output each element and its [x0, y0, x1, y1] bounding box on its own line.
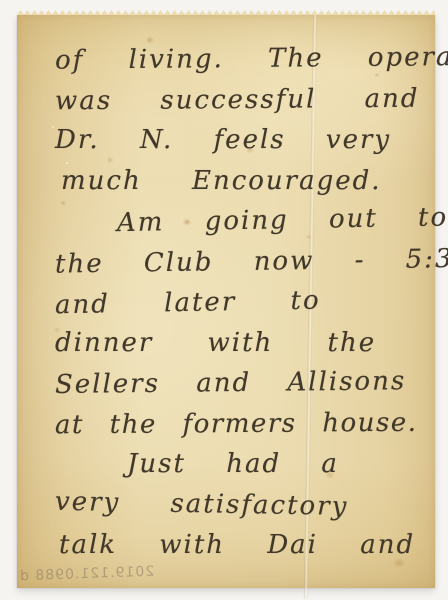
letter-line: much Encouraged.	[55, 161, 427, 202]
letter-line: Sellers and Allisons	[55, 361, 427, 405]
catalog-number: 2019.121.0988 d	[19, 564, 155, 585]
letter-line: talk with Dai and	[55, 525, 427, 566]
perforated-edge	[17, 10, 435, 15]
letter-line: dinner with the	[55, 323, 427, 364]
letter-line: Just had a	[55, 444, 427, 485]
letter-body: of living. The operationwas successful a…	[55, 39, 427, 566]
letter-line: at the formers house.	[55, 402, 427, 445]
scanned-letter-page: of living. The operationwas successful a…	[0, 0, 448, 600]
letter-line: very satisfactory	[55, 481, 428, 528]
letter-line: of living. The operation	[55, 37, 427, 81]
letter-line: the Club now - 5:30	[55, 239, 428, 285]
letter-line: Am going out to	[55, 198, 428, 245]
letter-line: and later to	[55, 279, 428, 326]
letter-line: was successful and	[55, 78, 427, 121]
letter-line: Dr. N. feels very	[55, 120, 427, 161]
letter-paper: of living. The operationwas successful a…	[17, 15, 435, 588]
